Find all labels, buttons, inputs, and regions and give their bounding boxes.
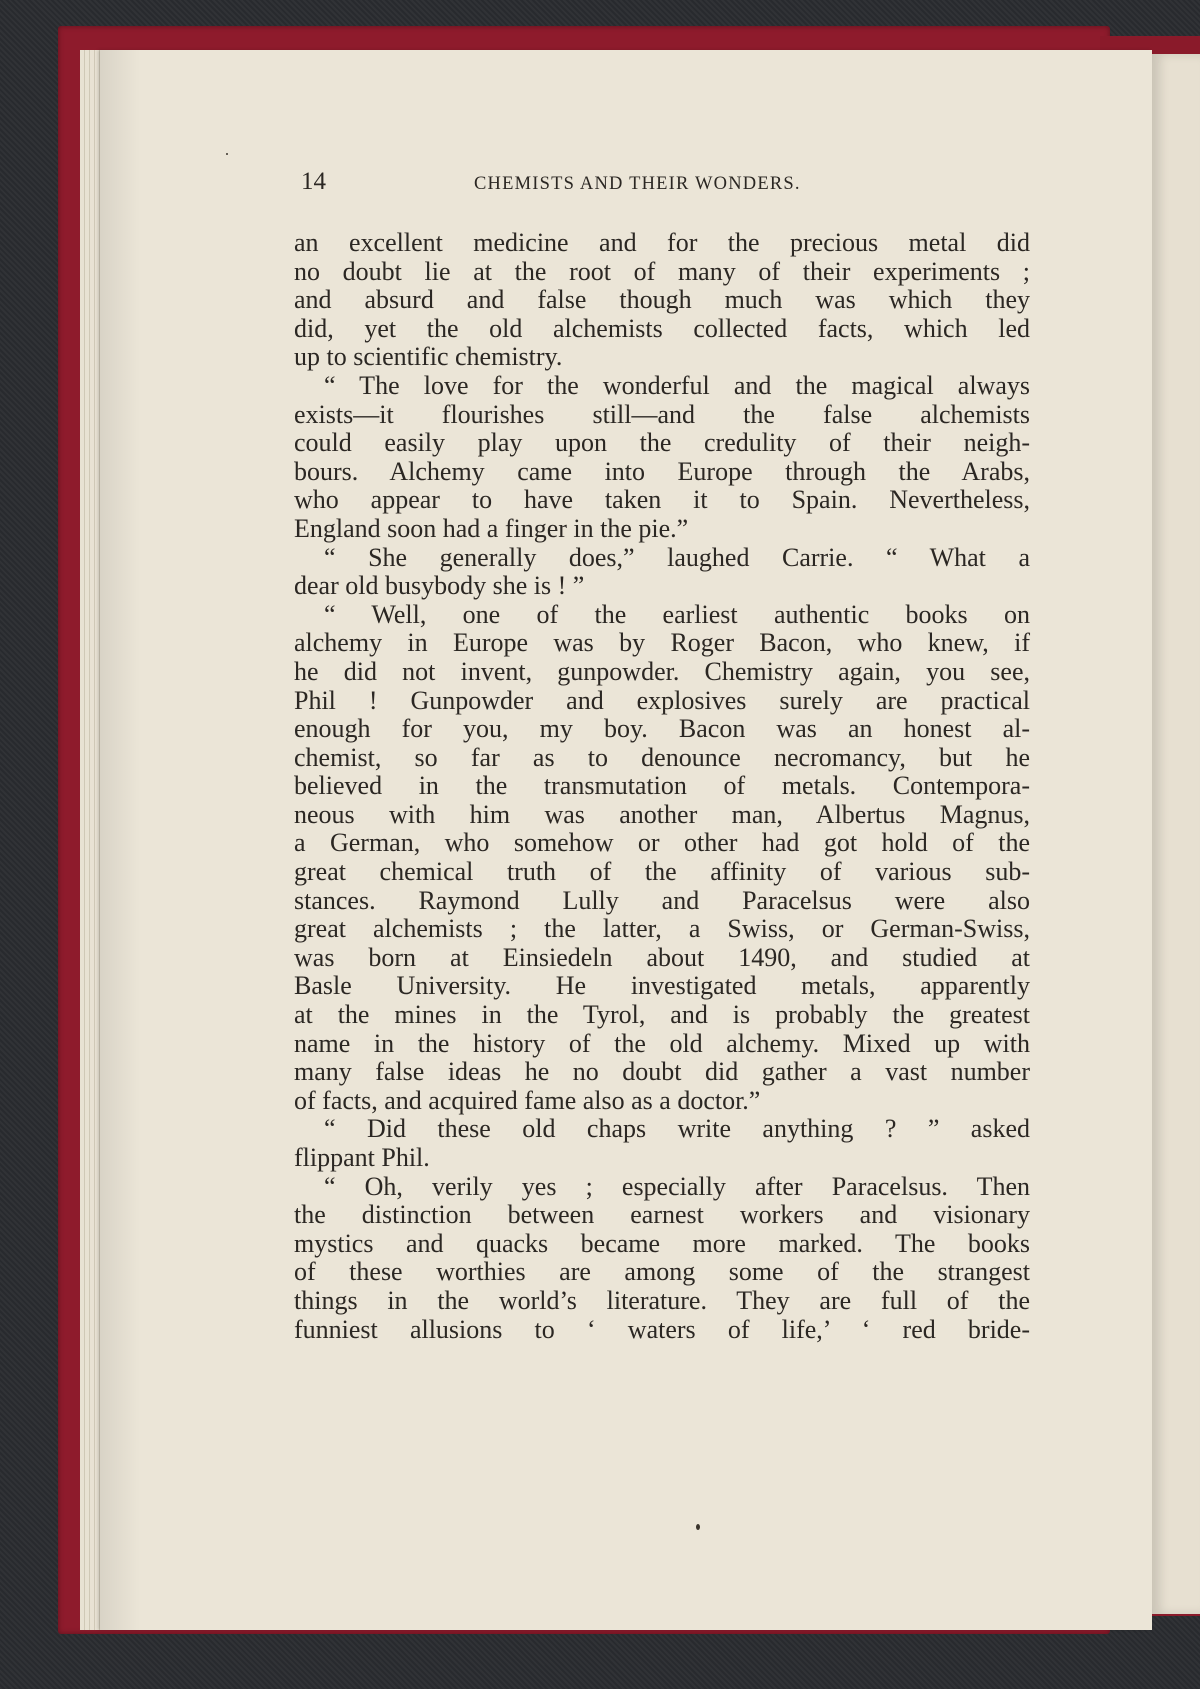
text-line: “ Oh, verily yes ; especially after Para… bbox=[294, 1173, 1030, 1202]
text-line: England soon had a finger in the pie.” bbox=[294, 515, 1030, 544]
text-line: an excellent medicine and for the precio… bbox=[294, 229, 1030, 258]
text-line: things in the world’s literature. They a… bbox=[294, 1287, 1030, 1316]
text-line: who appear to have taken it to Spain. Ne… bbox=[294, 486, 1030, 515]
text-line: no doubt lie at the root of many of thei… bbox=[294, 258, 1030, 287]
paper-speck bbox=[226, 153, 228, 155]
running-title: CHEMISTS AND THEIR WONDERS. bbox=[474, 174, 801, 195]
text-line: neous with him was another man, Albertus… bbox=[294, 801, 1030, 830]
text-line: “ The love for the wonderful and the mag… bbox=[294, 372, 1030, 401]
text-line: “ She generally does,” laughed Carrie. “… bbox=[294, 544, 1030, 573]
text-line: dear old busybody she is ! ” bbox=[294, 572, 1030, 601]
text-line: “ Well, one of the earliest authentic bo… bbox=[294, 601, 1030, 630]
text-line: up to scientific chemistry. bbox=[294, 343, 1030, 372]
text-line: was born at Einsiedeln about 1490, and s… bbox=[294, 944, 1030, 973]
text-line: enough for you, my boy. Bacon was an hon… bbox=[294, 715, 1030, 744]
text-line: mystics and quacks became more marked. T… bbox=[294, 1230, 1030, 1259]
text-line: stances. Raymond Lully and Paracelsus we… bbox=[294, 887, 1030, 916]
page-number: 14 bbox=[301, 168, 326, 196]
text-line: he did not invent, gunpowder. Chemistry … bbox=[294, 658, 1030, 687]
facing-page-edge bbox=[1152, 54, 1200, 1614]
text-line: Phil ! Gunpowder and explosives surely a… bbox=[294, 687, 1030, 716]
text-line: Basle University. He investigated metals… bbox=[294, 972, 1030, 1001]
text-line: great chemical truth of the affinity of … bbox=[294, 858, 1030, 887]
text-line: the distinction between earnest workers … bbox=[294, 1201, 1030, 1230]
gutter-shadow bbox=[100, 50, 140, 1630]
text-line: believed in the transmutation of metals.… bbox=[294, 772, 1030, 801]
text-line: at the mines in the Tyrol, and is probab… bbox=[294, 1001, 1030, 1030]
text-line: a German, who somehow or other had got h… bbox=[294, 829, 1030, 858]
text-line: bours. Alchemy came into Europe through … bbox=[294, 458, 1030, 487]
text-line: did, yet the old alchemists collected fa… bbox=[294, 315, 1030, 344]
text-line: and absurd and false though much was whi… bbox=[294, 286, 1030, 315]
text-line: great alchemists ; the latter, a Swiss, … bbox=[294, 915, 1030, 944]
text-line: of these worthies are among some of the … bbox=[294, 1258, 1030, 1287]
text-line: funniest allusions to ‘ waters of life,’… bbox=[294, 1316, 1030, 1345]
text-line: chemist, so far as to denounce necromanc… bbox=[294, 744, 1030, 773]
page-body-text: an excellent medicine and for the precio… bbox=[294, 229, 1030, 1344]
text-line: exists—it flourishes still—and the false… bbox=[294, 401, 1030, 430]
text-line: of facts, and acquired fame also as a do… bbox=[294, 1087, 1030, 1116]
text-line: could easily play upon the credulity of … bbox=[294, 429, 1030, 458]
text-line: name in the history of the old alchemy. … bbox=[294, 1030, 1030, 1059]
text-line: flippant Phil. bbox=[294, 1144, 1030, 1173]
text-line: “ Did these old chaps write anything ? ”… bbox=[294, 1115, 1030, 1144]
paper-speck bbox=[696, 1524, 700, 1530]
text-line: alchemy in Europe was by Roger Bacon, wh… bbox=[294, 629, 1030, 658]
page-header: 14 CHEMISTS AND THEIR WONDERS. bbox=[301, 168, 881, 204]
text-line: many false ideas he no doubt did gather … bbox=[294, 1058, 1030, 1087]
